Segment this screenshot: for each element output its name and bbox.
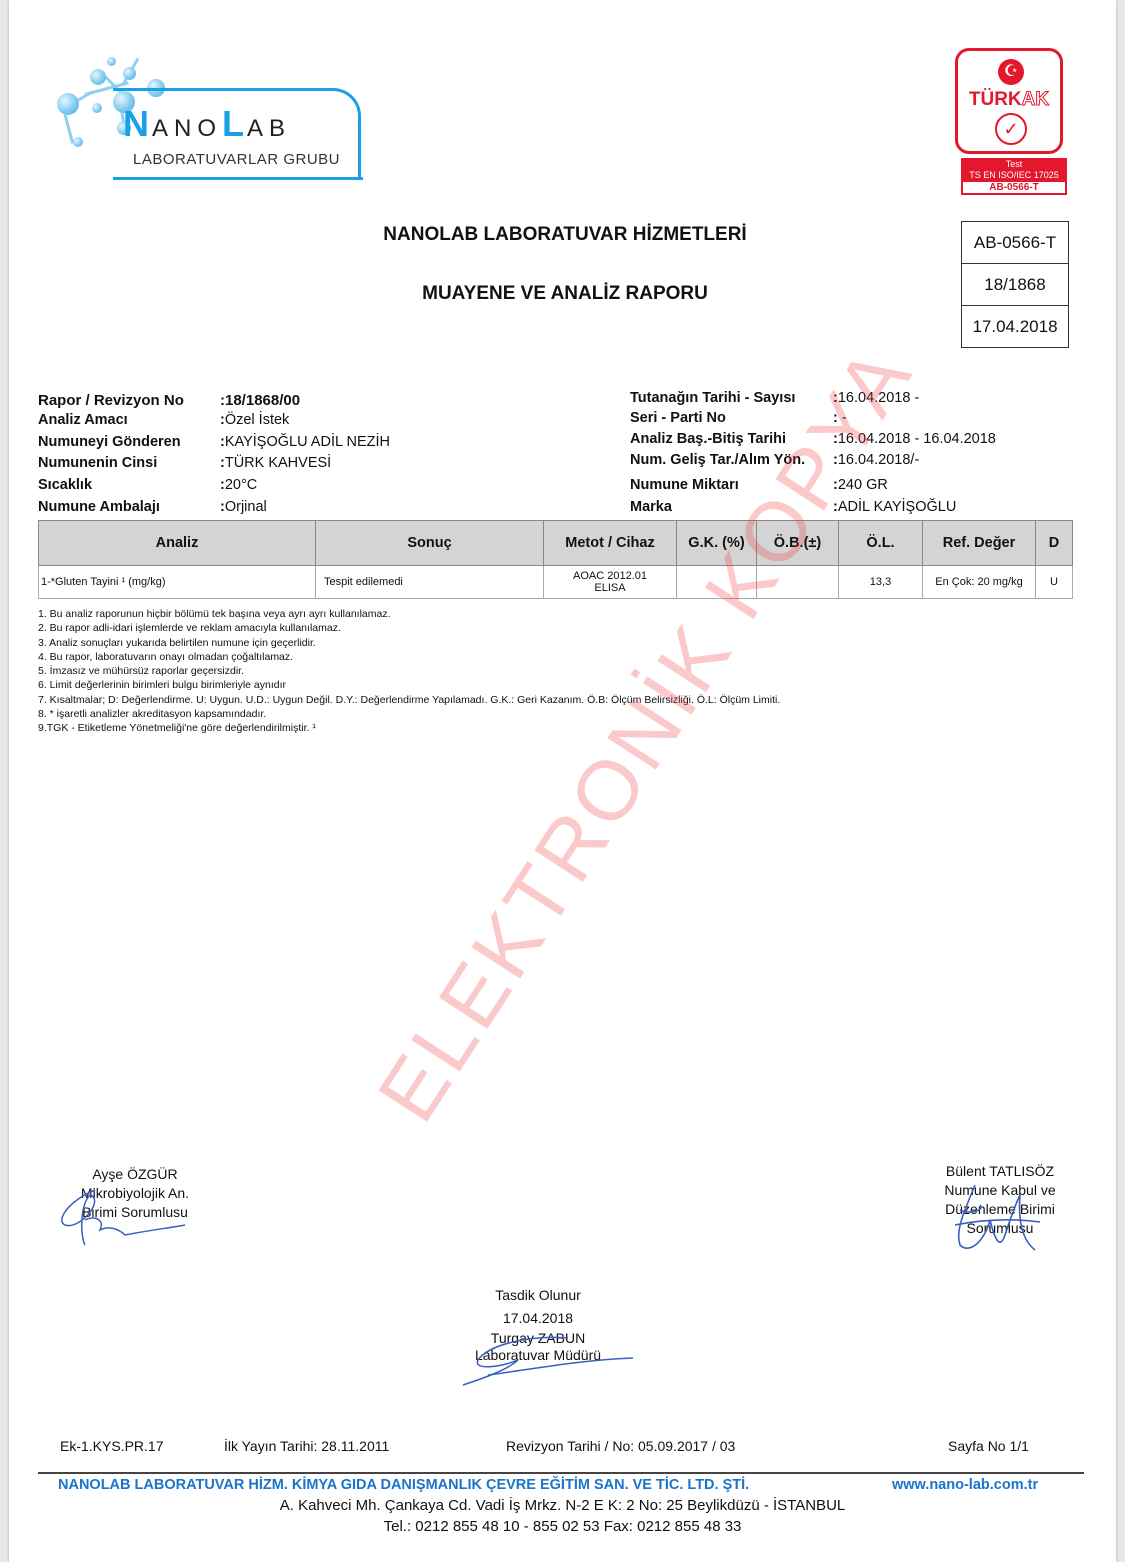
info-label: Numuneyi Gönderen [38,432,181,453]
info-value: :KAYİŞOĞLU ADİL NEZİH [220,432,390,453]
report-no: 18/1868 [962,264,1068,306]
col-ol: Ö.L. [839,521,923,566]
info-label: Analiz Amacı [38,410,128,431]
info-label: Marka [630,497,672,518]
nanolab-logo: NANOLAB LABORATUVARLAR GRUBU [45,55,375,185]
report-title: MUAYENE VE ANALİZ RAPORU [0,283,1125,305]
signer-name: Bülent TATLISÖZ [925,1162,1075,1181]
col-ref: Ref. Değer [923,521,1036,566]
company-address: A. Kahveci Mh. Çankaya Cd. Vadi İş Mrkz.… [0,1497,1125,1514]
report-date: 17.04.2018 [962,306,1068,347]
info-value: :18/1868/00 [220,390,300,411]
signature-right: Bülent TATLISÖZ Numune Kabul ve Düzenlem… [925,1162,1075,1238]
checkmark-icon: ✓ [995,113,1027,145]
lab-title: NANOLAB LABORATUVAR HİZMETLERİ [0,224,1125,246]
col-metot: Metot / Cihaz [544,521,677,566]
cell-ol: 13,3 [839,566,923,599]
info-value: :Orjinal [220,497,267,518]
table-row: 1-*Gluten Tayini ¹ (mg/kg) Tespit edilem… [39,566,1073,599]
logo-wordmark: NANOLAB [123,103,291,145]
info-label: Sıcaklık [38,475,92,496]
table-header-row: Analiz Sonuç Metot / Cihaz G.K. (%) Ö.B.… [39,521,1073,566]
signer-name: Ayşe ÖZGÜR [55,1165,215,1184]
signer-title: Numune Kabul ve [925,1181,1075,1200]
cell-d: U [1036,566,1073,599]
signer-title: Birimi Sorumlusu [55,1203,215,1222]
first-publication-date: İlk Yayın Tarihi: 28.11.2011 [224,1438,389,1454]
turkak-accreditation-badge: ☪ TÜRKAK ✓ Test TS EN ISO/IEC 17025 AB-0… [951,48,1069,203]
signer-title: Düzenleme Birimi [925,1200,1075,1219]
info-label: Tutanağın Tarihi - Sayısı [630,388,795,409]
footer-divider [38,1472,1084,1474]
signer-title: Sorumlusu [925,1219,1075,1238]
info-value: :Özel İstek [220,410,289,431]
approver-name: Turgay ZABUN [458,1330,618,1347]
cell-analiz: 1-*Gluten Tayini ¹ (mg/kg) [39,566,316,599]
signer-title: Mikrobiyolojik An. [55,1184,215,1203]
page-number: Sayfa No 1/1 [948,1438,1029,1454]
accreditation-no: AB-0566-T [962,222,1068,264]
form-code: Ek-1.KYS.PR.17 [60,1438,164,1454]
col-analiz: Analiz [39,521,316,566]
info-label: Rapor / Revizyon No [38,390,184,411]
company-phone: Tel.: 0212 855 48 10 - 855 02 53 Fax: 02… [0,1518,1125,1535]
logo-subtitle: LABORATUVARLAR GRUBU [133,151,340,168]
approval-label: Tasdik Olunur [458,1284,618,1307]
col-sonuc: Sonuç [316,521,544,566]
cell-metot: AOAC 2012.01ELISA [544,566,677,599]
cell-sonuc: Tespit edilemedi [316,566,544,599]
website-link[interactable]: www.nano-lab.com.tr [892,1477,1038,1493]
info-value: :20°C [220,475,257,496]
col-d: D [1036,521,1073,566]
reference-box: AB-0566-T 18/1868 17.04.2018 [961,221,1069,348]
info-label: Seri - Parti No [630,408,726,429]
company-name: NANOLAB LABORATUVAR HİZM. KİMYA GIDA DAN… [58,1477,749,1493]
info-label: Analiz Baş.-Bitiş Tarihi [630,429,786,450]
analysis-results-table: Analiz Sonuç Metot / Cihaz G.K. (%) Ö.B.… [38,520,1073,599]
info-label: Numune Ambalajı [38,497,160,518]
info-value: :TÜRK KAHVESİ [220,453,331,474]
approval-date: 17.04.2018 [458,1307,618,1330]
approval-block: Tasdik Olunur 17.04.2018 Turgay ZABUN La… [458,1284,618,1364]
cell-ref: En Çok: 20 mg/kg [923,566,1036,599]
revision-info: Revizyon Tarihi / No: 05.09.2017 / 03 [506,1438,735,1454]
turkish-flag-icon: ☪ [998,59,1024,85]
info-label: Numune Miktarı [630,475,739,496]
approver-title: Laboratuvar Müdürü [458,1347,618,1364]
signature-left: Ayşe ÖZGÜR Mikrobiyolojik An. Birimi Sor… [55,1165,215,1222]
info-label: Numunenin Cinsi [38,453,157,474]
